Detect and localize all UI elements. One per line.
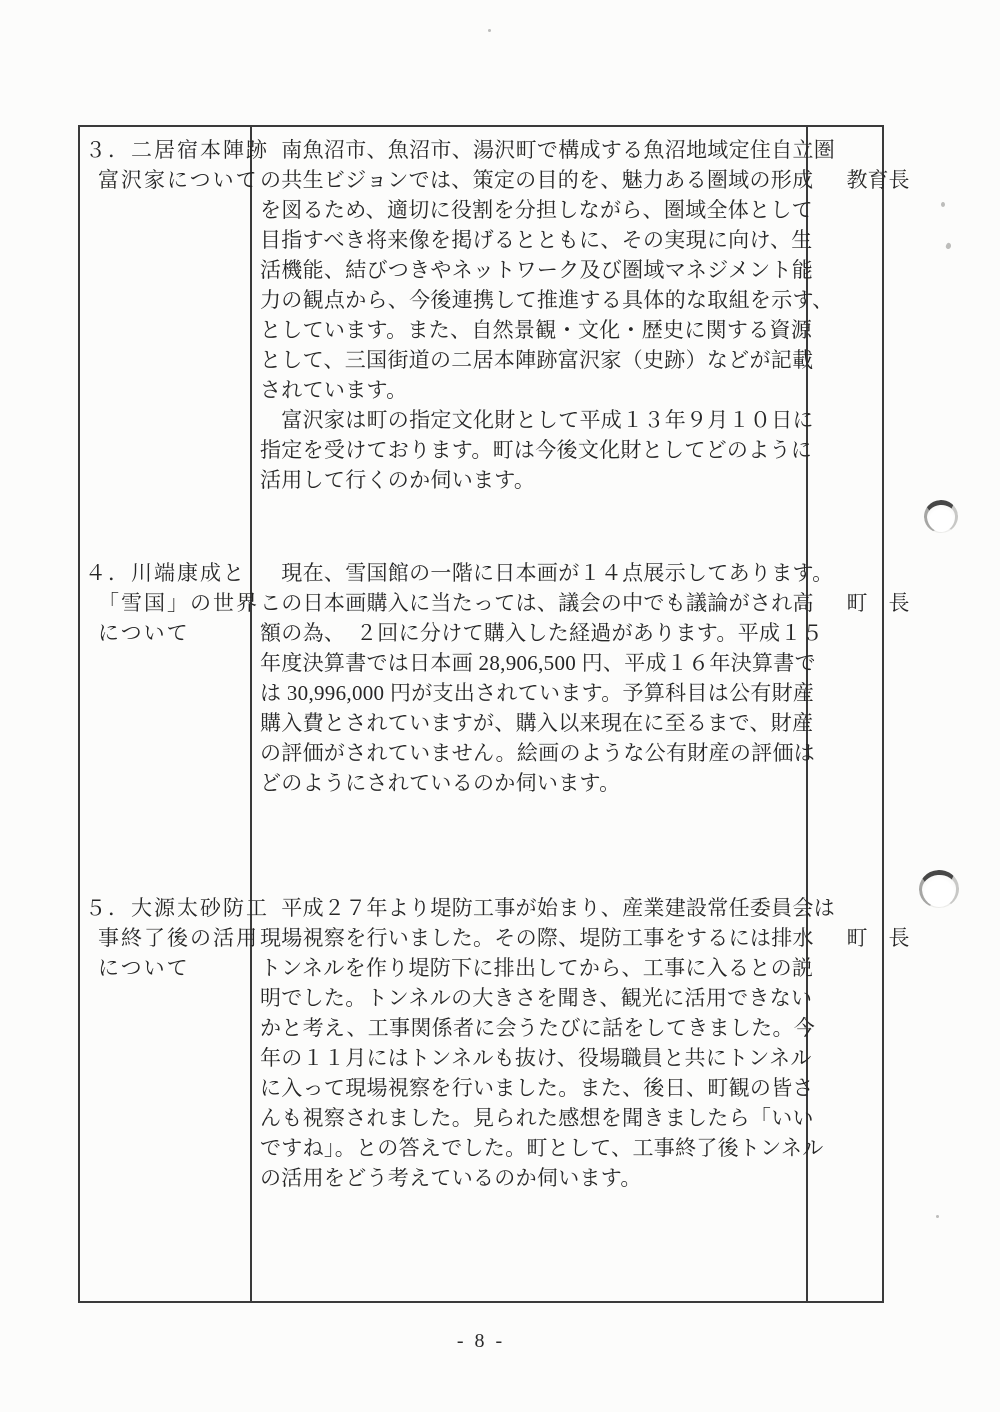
question-body-line: 購入費とされていますが、購入以来現在に至るまで、財産 <box>260 708 808 738</box>
question-body-line: 額の為、 ２回に分けて購入した経過があります。平成１５ <box>260 618 808 648</box>
question-body-cell: 平成２７年より堤防工事が始まり、産業建設常任委員会は現場視察を行いました。その際… <box>250 893 808 1193</box>
question-body-line: の共生ビジョンでは、策定の目的を、魅力ある圏域の形成 <box>260 165 808 195</box>
question-title-line: 富沢家について <box>85 165 250 195</box>
question-body-line: を図るため、適切に役割を分担しながら、圏域全体として <box>260 195 808 225</box>
question-title-cell: ３．二居宿本陣跡富沢家について <box>80 135 250 195</box>
question-body-line: かと考え、工事関係者に会うたびに話をしてきました。今 <box>260 1013 808 1043</box>
question-title-line: 事終了後の活用 <box>85 923 250 953</box>
question-body-line: 目指すべき将来像を掲げるとともに、その実現に向け、生 <box>260 225 808 255</box>
answerer-cell: 教育長 <box>808 135 886 225</box>
question-body-line: 現場視察を行いました。その際、堤防工事をするには排水 <box>260 923 808 953</box>
question-body-line: 活用して行くのか伺います。 <box>260 465 808 495</box>
question-body-line: の評価がされていません。絵画のような公有財産の評価は <box>260 738 808 768</box>
question-body-line: 明でした。トンネルの大きさを聞き、観光に活用できない <box>260 983 808 1013</box>
question-body-line: どのようにされているのか伺います。 <box>260 768 808 798</box>
question-body-line: ですね」。との答えでした。町として、工事終了後トンネル <box>260 1133 808 1163</box>
scanned-page: ３．二居宿本陣跡富沢家について 南魚沼市、魚沼市、湯沢町で構成する魚沼地域定住自… <box>0 0 1000 1412</box>
answerer-label: 町 長 <box>847 591 910 615</box>
question-body-line: この日本画購入に当たっては、議会の中でも議論がされ高 <box>260 588 808 618</box>
question-body-line: として、三国街道の二居本陣跡富沢家（史跡）などが記載 <box>260 345 808 375</box>
page-number: - 8 - <box>78 1330 884 1353</box>
question-body-line: としています。また、自然景観・文化・歴史に関する資源 <box>260 315 808 345</box>
question-title-line: ４．川端康成と <box>85 558 250 588</box>
question-title-line: ５．大源太砂防工 <box>85 893 250 923</box>
question-body-line: 富沢家は町の指定文化財として平成１３年９月１０日に <box>260 405 808 435</box>
question-title-line: 「雪国」の世界 <box>85 588 250 618</box>
scan-speck <box>945 242 952 250</box>
question-table: ３．二居宿本陣跡富沢家について 南魚沼市、魚沼市、湯沢町で構成する魚沼地域定住自… <box>78 125 884 1303</box>
question-body-line: 年の１１月にはトンネルも抜け、役場職員と共にトンネル <box>260 1043 808 1073</box>
answerer-label: 町 長 <box>847 926 910 950</box>
question-title-line: について <box>85 953 250 983</box>
scan-speck <box>936 1215 939 1218</box>
question-title-cell: ５．大源太砂防工事終了後の活用について <box>80 893 250 983</box>
answerer-label: 教育長 <box>847 168 910 192</box>
question-body-line: 南魚沼市、魚沼市、湯沢町で構成する魚沼地域定住自立圏 <box>260 135 808 165</box>
question-body-line: んも視察されました。見られた感想を聞きましたら「いい <box>260 1103 808 1133</box>
scan-speck <box>488 29 491 32</box>
punch-hole-shadow-bottom <box>917 868 960 909</box>
question-title-line: について <box>85 618 250 648</box>
question-title-line: ３．二居宿本陣跡 <box>85 135 250 165</box>
question-body-cell: 現在、雪国館の一階に日本画が１４点展示してあります。この日本画購入に当たっては、… <box>250 558 808 798</box>
question-body-cell: 南魚沼市、魚沼市、湯沢町で構成する魚沼地域定住自立圏の共生ビジョンでは、策定の目… <box>250 135 808 495</box>
question-body-line: は 30,996,000 円が支出されています。予算科目は公有財産 <box>260 678 808 708</box>
answerer-cell: 町 長 <box>808 558 886 648</box>
punch-hole-shadow-top <box>923 499 960 535</box>
question-body-line: に入って現場視察を行いました。また、後日、町観の皆さ <box>260 1073 808 1103</box>
question-body-line: 年度決算書では日本画 28,906,500 円、平成１６年決算書で <box>260 648 808 678</box>
question-body-line: されています。 <box>260 375 808 405</box>
answerer-cell: 町 長 <box>808 893 886 983</box>
question-body-line: 現在、雪国館の一階に日本画が１４点展示してあります。 <box>260 558 808 588</box>
question-body-line: 活機能、結びつきやネットワーク及び圏域マネジメント能 <box>260 255 808 285</box>
question-body-line: トンネルを作り堤防下に排出してから、工事に入るとの説 <box>260 953 808 983</box>
question-title-cell: ４．川端康成と「雪国」の世界について <box>80 558 250 648</box>
question-row: ４．川端康成と「雪国」の世界について 現在、雪国館の一階に日本画が１４点展示して… <box>80 558 882 798</box>
question-row: ５．大源太砂防工事終了後の活用について 平成２７年より堤防工事が始まり、産業建設… <box>80 893 882 1193</box>
scan-speck <box>941 202 945 207</box>
question-row: ３．二居宿本陣跡富沢家について 南魚沼市、魚沼市、湯沢町で構成する魚沼地域定住自… <box>80 135 882 495</box>
question-body-line: 指定を受けております。町は今後文化財としてどのように <box>260 435 808 465</box>
question-body-line: の活用をどう考えているのか伺います。 <box>260 1163 808 1193</box>
question-body-line: 力の観点から、今後連携して推進する具体的な取組を示す、 <box>260 285 808 315</box>
question-body-line: 平成２７年より堤防工事が始まり、産業建設常任委員会は <box>260 893 808 923</box>
